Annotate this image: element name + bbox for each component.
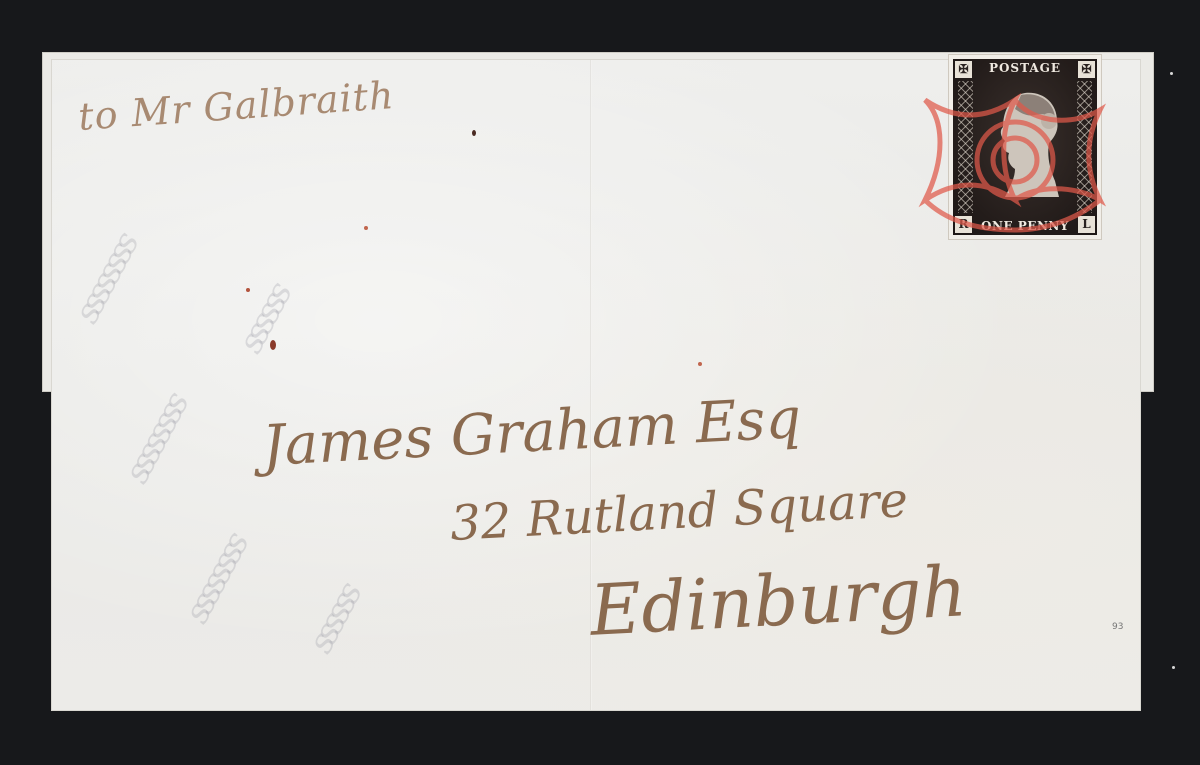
ink-stain xyxy=(472,130,476,136)
check-letter-left: R xyxy=(955,216,972,233)
lattice-border xyxy=(958,81,973,213)
pencil-mark: 93 xyxy=(1112,622,1123,632)
ink-stain xyxy=(270,340,276,350)
stamp-title: POSTAGE xyxy=(953,61,1097,75)
lattice-border xyxy=(1077,81,1092,213)
queen-portrait-icon xyxy=(985,85,1067,203)
penny-black-stamp: ✠ ✠ POSTAGE R L ONE PENNY xyxy=(949,55,1101,239)
stamp-value: ONE PENNY xyxy=(971,219,1079,233)
ink-stain xyxy=(246,288,250,292)
ink-stain xyxy=(364,226,368,230)
check-letter-right: L xyxy=(1078,216,1095,233)
ink-stain xyxy=(698,362,702,366)
dust-speck xyxy=(1170,72,1173,75)
dust-speck xyxy=(1172,666,1175,669)
